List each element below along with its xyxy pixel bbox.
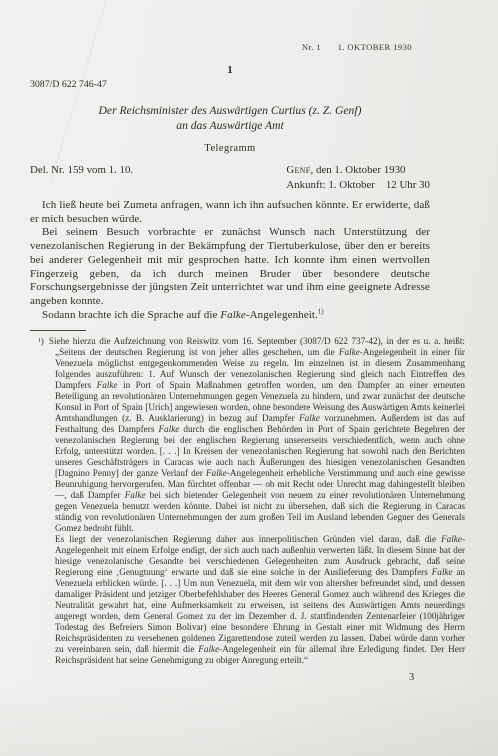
archive-reference: 3087/D 622 746-47 [30,79,107,90]
italic-text-segment: Falke [299,413,320,423]
body-paragraph-2: Bei seinem Besuch vorbrachte er zunächst… [30,226,430,308]
place-date-rest: , den 1. Oktober 1930 [311,164,406,176]
italic-text-segment: Falke [339,347,360,357]
italic-text-segment: Falke [97,380,118,390]
footnote-marker: ¹) [38,336,44,346]
place-date-line: Genf, den 1. Oktober 1930 [286,163,430,178]
document-content: Der Reichsminister des Auswärtigen Curti… [30,104,430,666]
document-title: Der Reichsminister des Auswärtigen Curti… [30,104,430,133]
place-city: Genf [286,164,310,176]
text-segment: Es liegt der venezolanischen Regierung d… [55,534,441,544]
text-segment: an Venezuela erblicken würde. [. . .] Um… [55,567,465,654]
title-line-1: Der Reichsminister des Auswärtigen Curti… [30,104,430,119]
italic-text-segment: Falke [220,309,246,321]
arrival-line: Ankunft: 1. Oktober 12 Uhr 30 [286,178,430,193]
footnote-reference: 1) [318,308,324,315]
italic-text-segment: Falke [206,468,227,478]
delegation-number: Del. Nr. 159 vom 1. 10. [30,163,133,178]
footnote-1: ¹)Siehe hierzu die Aufzeichnung von Reis… [38,336,465,666]
text-segment: -Angelegenheit. [246,309,318,321]
body-paragraph-1: Ich ließ heute bei Zumeta anfragen, wann… [30,199,430,226]
running-header-number: Nr. 1 [302,42,321,52]
italic-text-segment: Falke [158,424,179,434]
text-segment: Sodann brachte ich die Sprache auf die [42,309,220,321]
italic-text-segment: Falke [198,644,219,654]
running-header: Nr. 1 1. OKTOBER 1930 [302,42,412,52]
telegram-body: Ich ließ heute bei Zumeta anfragen, wann… [30,199,430,322]
place-and-arrival: Genf, den 1. Oktober 1930 Ankunft: 1. Ok… [286,163,430,192]
italic-text-segment: Falke [432,567,453,577]
footnote-separator [30,330,86,331]
title-line-2: an das Auswärtige Amt [30,119,430,134]
document-number: 1 [30,64,430,76]
running-header-date: 1. OKTOBER 1930 [338,42,412,52]
footnote-text: Siehe hierzu die Aufzeichnung von Reiswi… [49,336,465,665]
italic-text-segment: Falke [125,490,146,500]
body-paragraph-3: Sodann brachte ich die Sprache auf die F… [30,309,430,323]
document-type-label: Telegramm [30,143,430,154]
page-number: 3 [409,672,414,683]
document-page: Nr. 1 1. OKTOBER 1930 1 3087/D 622 746-4… [0,0,498,756]
telegram-meta: Del. Nr. 159 vom 1. 10. Genf, den 1. Okt… [30,163,430,192]
italic-text-segment: Falke [441,534,462,544]
